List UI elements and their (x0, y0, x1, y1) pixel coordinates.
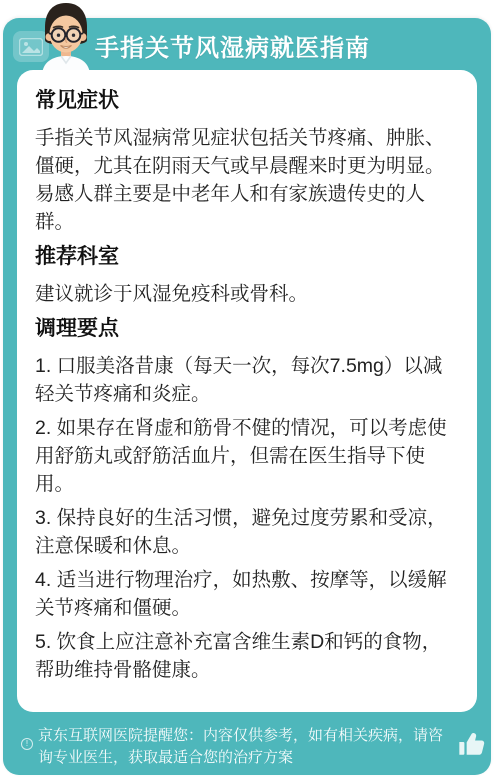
page-title: 手指关节风湿病就医指南 (95, 28, 465, 63)
department-paragraph: 建议就诊于风湿免疫科或骨科。 (35, 280, 459, 308)
thumbs-up-icon[interactable] (456, 728, 488, 760)
care-point-5: 5. 饮食上应注意补充富含维生素D和钙的食物，帮助维持骨骼健康。 (35, 628, 459, 684)
care-point-4: 4. 适当进行物理治疗，如热敷、按摩等，以缓解关节疼痛和僵硬。 (35, 566, 459, 622)
thumbs-up-glyph (456, 728, 488, 760)
section-heading-department: 推荐科室 (35, 244, 459, 270)
info-icon: ! (21, 738, 33, 750)
care-point-1: 1. 口服美洛昔康（每天一次，每次7.5mg）以减轻关节疼痛和炎症。 (35, 352, 459, 408)
symptoms-paragraph: 手指关节风湿病常见症状包括关节疼痛、肿胀、僵硬，尤其在阴雨天气或早晨醒来时更为明… (35, 124, 459, 236)
care-point-3: 3. 保持良好的生活习惯，避免过度劳累和受凉，注意保暖和休息。 (35, 504, 459, 560)
section-heading-symptoms: 常见症状 (35, 88, 459, 114)
section-heading-care-points: 调理要点 (35, 316, 459, 342)
page: 手指关节风湿病就医指南 常见症状 手指关节风湿病常见症状包括关节疼痛、肿胀、僵硬… (0, 0, 500, 783)
doctor-avatar (34, 0, 98, 76)
doctor-avatar-illustration (34, 0, 98, 76)
disclaimer-text: 京东互联网医院提醒您：内容仅供参考，如有相关疾病，请咨询专业医生，获取最适合您的… (38, 725, 453, 769)
care-point-2: 2. 如果存在肾虚和筋骨不健的情况，可以考虑使用舒筋丸或舒筋活血片，但需在医生指… (35, 414, 459, 498)
content-card: 常见症状 手指关节风湿病常见症状包括关节疼痛、肿胀、僵硬，尤其在阴雨天气或早晨醒… (17, 70, 477, 712)
